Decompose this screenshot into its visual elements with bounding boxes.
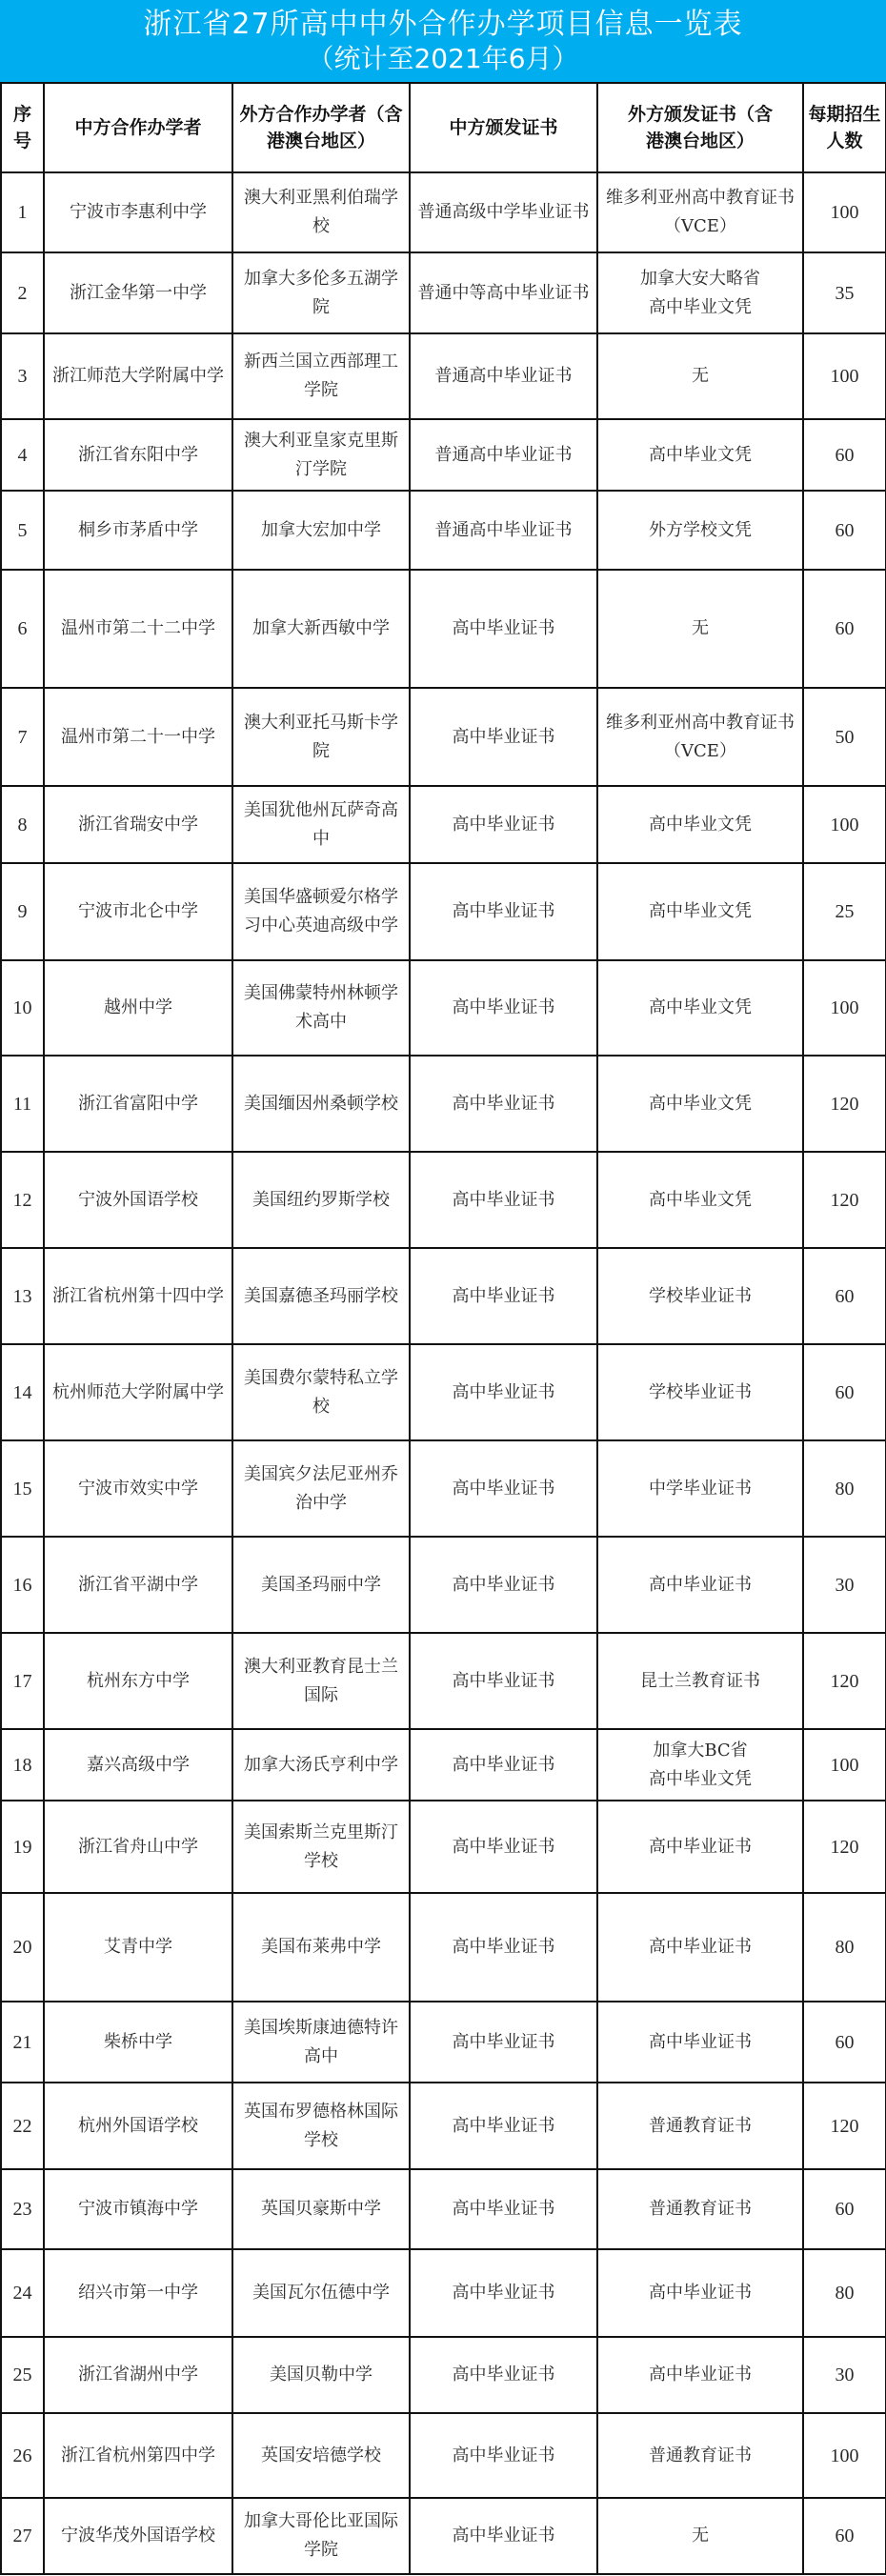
table-row: 19浙江省舟山中学美国索斯兰克里斯汀学校高中毕业证书高中毕业证书120 [1,1801,886,1893]
enrollment-cell: 60 [803,1248,886,1344]
foreign-certificate-cell: 无 [597,333,803,419]
row-number: 6 [1,570,44,688]
chinese-certificate-cell: 普通高中毕业证书 [410,491,597,570]
chinese-partner-cell: 绍兴市第一中学 [44,2249,232,2337]
foreign-certificate-cell: 维多利亚州高中教育证书（VCE） [597,688,803,786]
chinese-partner-cell: 宁波市北仑中学 [44,863,232,960]
foreign-certificate-cell: 学校毕业证书 [597,1248,803,1344]
foreign-certificate-cell: 高中毕业证书 [597,1893,803,2002]
enrollment-cell: 100 [803,786,886,863]
chinese-certificate-cell: 高中毕业证书 [410,1440,597,1537]
chinese-certificate-cell: 高中毕业证书 [410,2083,597,2169]
foreign-partner-cell: 新西兰国立西部理工学院 [232,333,410,419]
header-enrollment: 每期招生人数 [803,83,886,172]
table-row: 12宁波外国语学校美国纽约罗斯学校高中毕业证书高中毕业文凭120 [1,1152,886,1248]
foreign-partner-cell: 美国圣玛丽中学 [232,1537,410,1633]
foreign-partner-cell: 加拿大多伦多五湖学院 [232,252,410,333]
row-number: 8 [1,786,44,863]
chinese-certificate-cell: 高中毕业证书 [410,1801,597,1893]
row-number: 27 [1,2498,44,2574]
row-number: 20 [1,1893,44,2002]
page-title: 浙江省27所高中中外合作办学项目信息一览表 [0,8,886,42]
foreign-certificate-cell: 高中毕业文凭 [597,863,803,960]
foreign-partner-cell: 英国安培德学校 [232,2413,410,2498]
foreign-partner-cell: 英国贝豪斯中学 [232,2169,410,2249]
foreign-certificate-cell: 高中毕业文凭 [597,960,803,1056]
enrollment-cell: 100 [803,960,886,1056]
chinese-certificate-cell: 高中毕业证书 [410,2337,597,2413]
enrollment-cell: 80 [803,1440,886,1537]
table-row: 18嘉兴高级中学加拿大汤氏亨利中学高中毕业证书加拿大BC省高中毕业文凭100 [1,1729,886,1801]
chinese-partner-cell: 杭州师范大学附属中学 [44,1344,232,1440]
foreign-certificate-cell: 维多利亚州高中教育证书（VCE） [597,172,803,252]
chinese-certificate-cell: 高中毕业证书 [410,863,597,960]
foreign-partner-cell: 澳大利亚皇家克里斯汀学院 [232,419,410,491]
foreign-partner-cell: 英国布罗德格林国际学校 [232,2083,410,2169]
row-number: 14 [1,1344,44,1440]
foreign-certificate-cell: 学校毕业证书 [597,1344,803,1440]
chinese-partner-cell: 浙江省东阳中学 [44,419,232,491]
foreign-partner-cell: 美国缅因州桑顿学校 [232,1056,410,1152]
row-number: 2 [1,252,44,333]
foreign-certificate-cell: 普通教育证书 [597,2083,803,2169]
table-row: 15宁波市效实中学美国宾夕法尼亚州乔治中学高中毕业证书中学毕业证书80 [1,1440,886,1537]
row-number: 18 [1,1729,44,1801]
foreign-partner-cell: 美国犹他州瓦萨奇高中 [232,786,410,863]
row-number: 26 [1,2413,44,2498]
chinese-certificate-cell: 高中毕业证书 [410,1537,597,1633]
table-row: 27宁波华茂外国语学校加拿大哥伦比亚国际学院高中毕业证书无60 [1,2498,886,2574]
chinese-certificate-cell: 高中毕业证书 [410,1056,597,1152]
enrollment-cell: 80 [803,2249,886,2337]
chinese-partner-cell: 温州市第二十一中学 [44,688,232,786]
enrollment-cell: 100 [803,2413,886,2498]
enrollment-cell: 60 [803,2498,886,2574]
enrollment-cell: 25 [803,863,886,960]
row-number: 12 [1,1152,44,1248]
foreign-certificate-cell: 高中毕业文凭 [597,1152,803,1248]
enrollment-cell: 60 [803,2002,886,2083]
foreign-partner-cell: 澳大利亚教育昆士兰国际 [232,1633,410,1729]
chinese-certificate-cell: 高中毕业证书 [410,1729,597,1801]
enrollment-cell: 60 [803,1344,886,1440]
enrollment-cell: 80 [803,1893,886,2002]
chinese-certificate-cell: 高中毕业证书 [410,570,597,688]
table-row: 6温州市第二十二中学加拿大新西敏中学高中毕业证书无60 [1,570,886,688]
foreign-certificate-cell: 昆士兰教育证书 [597,1633,803,1729]
chinese-certificate-cell: 高中毕业证书 [410,2249,597,2337]
table-row: 4浙江省东阳中学澳大利亚皇家克里斯汀学院普通高中毕业证书高中毕业文凭60 [1,419,886,491]
table-row: 8浙江省瑞安中学美国犹他州瓦萨奇高中高中毕业证书高中毕业文凭100 [1,786,886,863]
header-foreign-certificate: 外方颁发证书（含港澳台地区） [597,83,803,172]
table-row: 20艾青中学美国布莱弗中学高中毕业证书高中毕业证书80 [1,1893,886,2002]
chinese-partner-cell: 浙江省杭州第十四中学 [44,1248,232,1344]
chinese-certificate-cell: 高中毕业证书 [410,786,597,863]
enrollment-cell: 35 [803,252,886,333]
chinese-partner-cell: 杭州东方中学 [44,1633,232,1729]
table-header-row: 序号 中方合作办学者 外方合作办学者（含港澳台地区） 中方颁发证书 外方颁发证书… [1,83,886,172]
foreign-certificate-cell: 高中毕业文凭 [597,419,803,491]
foreign-certificate-cell: 无 [597,570,803,688]
foreign-certificate-cell: 普通教育证书 [597,2413,803,2498]
foreign-certificate-cell: 高中毕业证书 [597,1801,803,1893]
chinese-partner-cell: 桐乡市茅盾中学 [44,491,232,570]
table-row: 3浙江师范大学附属中学新西兰国立西部理工学院普通高中毕业证书无100 [1,333,886,419]
foreign-partner-cell: 美国布莱弗中学 [232,1893,410,2002]
chinese-partner-cell: 宁波市李惠利中学 [44,172,232,252]
foreign-partner-cell: 美国华盛顿爱尔格学习中心英迪高级中学 [232,863,410,960]
foreign-partner-cell: 美国佛蒙特州林顿学术高中 [232,960,410,1056]
row-number: 19 [1,1801,44,1893]
row-number: 5 [1,491,44,570]
chinese-certificate-cell: 高中毕业证书 [410,1893,597,2002]
table-row: 16浙江省平湖中学美国圣玛丽中学高中毕业证书高中毕业证书30 [1,1537,886,1633]
foreign-partner-cell: 加拿大汤氏亨利中学 [232,1729,410,1801]
table-row: 5桐乡市茅盾中学加拿大宏加中学普通高中毕业证书外方学校文凭60 [1,491,886,570]
chinese-certificate-cell: 高中毕业证书 [410,2413,597,2498]
table-row: 25浙江省湖州中学美国贝勒中学高中毕业证书高中毕业证书30 [1,2337,886,2413]
foreign-certificate-cell: 中学毕业证书 [597,1440,803,1537]
chinese-certificate-cell: 普通中等高中毕业证书 [410,252,597,333]
chinese-partner-cell: 宁波外国语学校 [44,1152,232,1248]
chinese-certificate-cell: 普通高中毕业证书 [410,419,597,491]
foreign-certificate-cell: 加拿大安大略省高中毕业文凭 [597,252,803,333]
enrollment-cell: 100 [803,1729,886,1801]
chinese-partner-cell: 艾青中学 [44,1893,232,2002]
enrollment-cell: 120 [803,1633,886,1729]
title-banner: 浙江省27所高中中外合作办学项目信息一览表 （统计至2021年6月） [0,0,886,82]
enrollment-cell: 50 [803,688,886,786]
foreign-partner-cell: 美国埃斯康迪德特许高中 [232,2002,410,2083]
row-number: 16 [1,1537,44,1633]
chinese-certificate-cell: 高中毕业证书 [410,1633,597,1729]
table-row: 23宁波市镇海中学英国贝豪斯中学高中毕业证书普通教育证书60 [1,2169,886,2249]
row-number: 15 [1,1440,44,1537]
foreign-partner-cell: 加拿大宏加中学 [232,491,410,570]
row-number: 25 [1,2337,44,2413]
row-number: 9 [1,863,44,960]
row-number: 13 [1,1248,44,1344]
header-foreign-partner: 外方合作办学者（含港澳台地区） [232,83,410,172]
foreign-certificate-cell: 高中毕业文凭 [597,786,803,863]
chinese-partner-cell: 浙江金华第一中学 [44,252,232,333]
table-row: 1宁波市李惠利中学澳大利亚黑利伯瑞学校普通高级中学毕业证书维多利亚州高中教育证书… [1,172,886,252]
row-number: 1 [1,172,44,252]
foreign-certificate-cell: 高中毕业证书 [597,1537,803,1633]
school-program-table: 序号 中方合作办学者 外方合作办学者（含港澳台地区） 中方颁发证书 外方颁发证书… [0,82,886,2575]
foreign-certificate-cell: 高中毕业文凭 [597,1056,803,1152]
chinese-certificate-cell: 高中毕业证书 [410,1248,597,1344]
enrollment-cell: 120 [803,1056,886,1152]
enrollment-cell: 60 [803,2169,886,2249]
foreign-partner-cell: 美国嘉德圣玛丽学校 [232,1248,410,1344]
chinese-partner-cell: 柴桥中学 [44,2002,232,2083]
chinese-certificate-cell: 普通高级中学毕业证书 [410,172,597,252]
chinese-certificate-cell: 高中毕业证书 [410,960,597,1056]
enrollment-cell: 100 [803,333,886,419]
enrollment-cell: 60 [803,419,886,491]
foreign-partner-cell: 澳大利亚黑利伯瑞学校 [232,172,410,252]
foreign-partner-cell: 美国索斯兰克里斯汀学校 [232,1801,410,1893]
chinese-partner-cell: 浙江省舟山中学 [44,1801,232,1893]
enrollment-cell: 120 [803,1801,886,1893]
table-row: 24绍兴市第一中学美国瓦尔伍德中学高中毕业证书高中毕业证书80 [1,2249,886,2337]
foreign-certificate-cell: 高中毕业证书 [597,2002,803,2083]
table-row: 26浙江省杭州第四中学英国安培德学校高中毕业证书普通教育证书100 [1,2413,886,2498]
chinese-partner-cell: 宁波市效实中学 [44,1440,232,1537]
chinese-partner-cell: 宁波华茂外国语学校 [44,2498,232,2574]
row-number: 22 [1,2083,44,2169]
table-row: 17杭州东方中学澳大利亚教育昆士兰国际高中毕业证书昆士兰教育证书120 [1,1633,886,1729]
foreign-certificate-cell: 普通教育证书 [597,2169,803,2249]
row-number: 3 [1,333,44,419]
foreign-partner-cell: 澳大利亚托马斯卡学院 [232,688,410,786]
foreign-certificate-cell: 加拿大BC省高中毕业文凭 [597,1729,803,1801]
table-row: 10越州中学美国佛蒙特州林顿学术高中高中毕业证书高中毕业文凭100 [1,960,886,1056]
chinese-certificate-cell: 高中毕业证书 [410,1152,597,1248]
enrollment-cell: 30 [803,2337,886,2413]
chinese-partner-cell: 越州中学 [44,960,232,1056]
chinese-certificate-cell: 高中毕业证书 [410,2002,597,2083]
foreign-partner-cell: 加拿大哥伦比亚国际学院 [232,2498,410,2574]
header-seq: 序号 [1,83,44,172]
row-number: 11 [1,1056,44,1152]
foreign-partner-cell: 美国纽约罗斯学校 [232,1152,410,1248]
chinese-partner-cell: 浙江师范大学附属中学 [44,333,232,419]
table-row: 2浙江金华第一中学加拿大多伦多五湖学院普通中等高中毕业证书加拿大安大略省高中毕业… [1,252,886,333]
chinese-partner-cell: 浙江省瑞安中学 [44,786,232,863]
chinese-certificate-cell: 高中毕业证书 [410,2169,597,2249]
table-row: 14杭州师范大学附属中学美国费尔蒙特私立学校高中毕业证书学校毕业证书60 [1,1344,886,1440]
enrollment-cell: 60 [803,491,886,570]
chinese-partner-cell: 浙江省平湖中学 [44,1537,232,1633]
header-chinese-partner: 中方合作办学者 [44,83,232,172]
table-row: 13浙江省杭州第十四中学美国嘉德圣玛丽学校高中毕业证书学校毕业证书60 [1,1248,886,1344]
enrollment-cell: 30 [803,1537,886,1633]
enrollment-cell: 60 [803,570,886,688]
enrollment-cell: 120 [803,2083,886,2169]
row-number: 23 [1,2169,44,2249]
foreign-certificate-cell: 无 [597,2498,803,2574]
chinese-certificate-cell: 高中毕业证书 [410,1344,597,1440]
row-number: 17 [1,1633,44,1729]
foreign-certificate-cell: 高中毕业证书 [597,2249,803,2337]
foreign-certificate-cell: 高中毕业证书 [597,2337,803,2413]
row-number: 10 [1,960,44,1056]
table-row: 22杭州外国语学校英国布罗德格林国际学校高中毕业证书普通教育证书120 [1,2083,886,2169]
chinese-partner-cell: 浙江省杭州第四中学 [44,2413,232,2498]
enrollment-cell: 120 [803,1152,886,1248]
chinese-partner-cell: 温州市第二十二中学 [44,570,232,688]
chinese-certificate-cell: 高中毕业证书 [410,2498,597,2574]
chinese-partner-cell: 嘉兴高级中学 [44,1729,232,1801]
table-row: 9宁波市北仑中学美国华盛顿爱尔格学习中心英迪高级中学高中毕业证书高中毕业文凭25 [1,863,886,960]
foreign-partner-cell: 美国贝勒中学 [232,2337,410,2413]
enrollment-cell: 100 [803,172,886,252]
table-row: 7温州市第二十一中学澳大利亚托马斯卡学院高中毕业证书维多利亚州高中教育证书（VC… [1,688,886,786]
header-chinese-certificate: 中方颁发证书 [410,83,597,172]
chinese-partner-cell: 杭州外国语学校 [44,2083,232,2169]
chinese-partner-cell: 浙江省湖州中学 [44,2337,232,2413]
table-row: 11浙江省富阳中学美国缅因州桑顿学校高中毕业证书高中毕业文凭120 [1,1056,886,1152]
row-number: 7 [1,688,44,786]
chinese-partner-cell: 浙江省富阳中学 [44,1056,232,1152]
foreign-partner-cell: 加拿大新西敏中学 [232,570,410,688]
foreign-partner-cell: 美国费尔蒙特私立学校 [232,1344,410,1440]
foreign-certificate-cell: 外方学校文凭 [597,491,803,570]
chinese-certificate-cell: 高中毕业证书 [410,688,597,786]
row-number: 4 [1,419,44,491]
chinese-partner-cell: 宁波市镇海中学 [44,2169,232,2249]
row-number: 21 [1,2002,44,2083]
table-row: 21柴桥中学美国埃斯康迪德特许高中高中毕业证书高中毕业证书60 [1,2002,886,2083]
page-subtitle: （统计至2021年6月） [0,42,886,76]
foreign-partner-cell: 美国瓦尔伍德中学 [232,2249,410,2337]
foreign-partner-cell: 美国宾夕法尼亚州乔治中学 [232,1440,410,1537]
chinese-certificate-cell: 普通高中毕业证书 [410,333,597,419]
row-number: 24 [1,2249,44,2337]
